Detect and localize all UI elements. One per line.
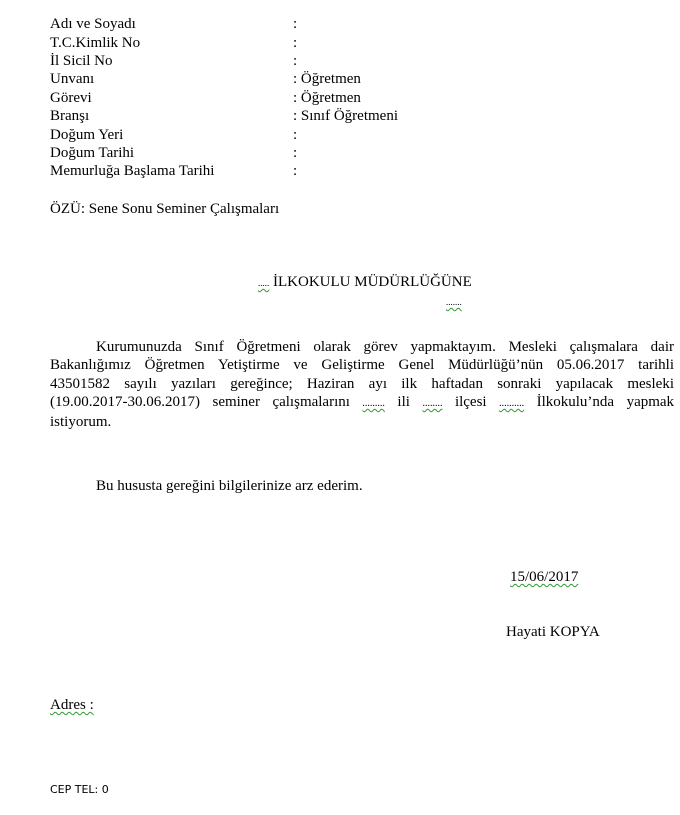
addressee-heading: ..... İLKOKULU MÜDÜRLÜĞÜNE — [258, 273, 472, 292]
school-blank: .......... — [499, 398, 524, 409]
info-value: : Öğretmen — [293, 70, 361, 88]
district-placeholder: ....... — [446, 293, 462, 311]
info-label: Görevi — [50, 89, 92, 107]
info-label: Branşı — [50, 107, 89, 125]
school-name-placeholder: ..... — [258, 274, 269, 292]
info-label: Doğum Yeri — [50, 126, 123, 144]
signature-name: Hayati KOPYA — [506, 623, 600, 641]
body-line: istiyorum. — [50, 413, 674, 431]
info-value: : — [293, 34, 297, 52]
district-blank: ........ — [422, 398, 442, 409]
info-value: : — [293, 126, 297, 144]
info-value: : — [293, 15, 297, 33]
info-label: Doğum Tarihi — [50, 144, 134, 162]
city-blank: ......... — [362, 398, 385, 409]
date: 15/06/2017 — [510, 568, 578, 586]
info-label: Adı ve Soyadı — [50, 15, 136, 33]
phone-label: CEP TEL: 0 — [50, 781, 109, 799]
info-label: Memurluğa Başlama Tarihi — [50, 162, 214, 180]
address-label: Adres : — [50, 696, 94, 714]
info-label: Unvanı — [50, 70, 94, 88]
body-line: (19.00.2017-30.06.2017) seminer çalışmal… — [50, 393, 674, 413]
body-line: 43501582 sayılı yazıları gereğince; Hazi… — [50, 375, 674, 393]
info-value: : — [293, 52, 297, 70]
info-label: İl Sicil No — [50, 52, 113, 70]
closing-sentence: Bu hususta gereğini bilgilerinize arz ed… — [96, 477, 363, 495]
info-value: : Öğretmen — [293, 89, 361, 107]
subject-line: ÖZÜ: Sene Sonu Seminer Çalışmaları — [50, 200, 279, 218]
info-value: : — [293, 162, 297, 180]
body-line: Bakanlığımız Öğretmen Yetiştirme ve Geli… — [50, 356, 674, 374]
info-label: T.C.Kimlik No — [50, 34, 140, 52]
info-value: : Sınıf Öğretmeni — [293, 107, 398, 125]
body-line: Kurumunuzda Sınıf Öğretmeni olarak görev… — [50, 338, 674, 356]
addressee-title: İLKOKULU MÜDÜRLÜĞÜNE — [273, 274, 472, 290]
body-paragraph: Kurumunuzda Sınıf Öğretmeni olarak görev… — [50, 338, 674, 431]
info-value: : — [293, 144, 297, 162]
